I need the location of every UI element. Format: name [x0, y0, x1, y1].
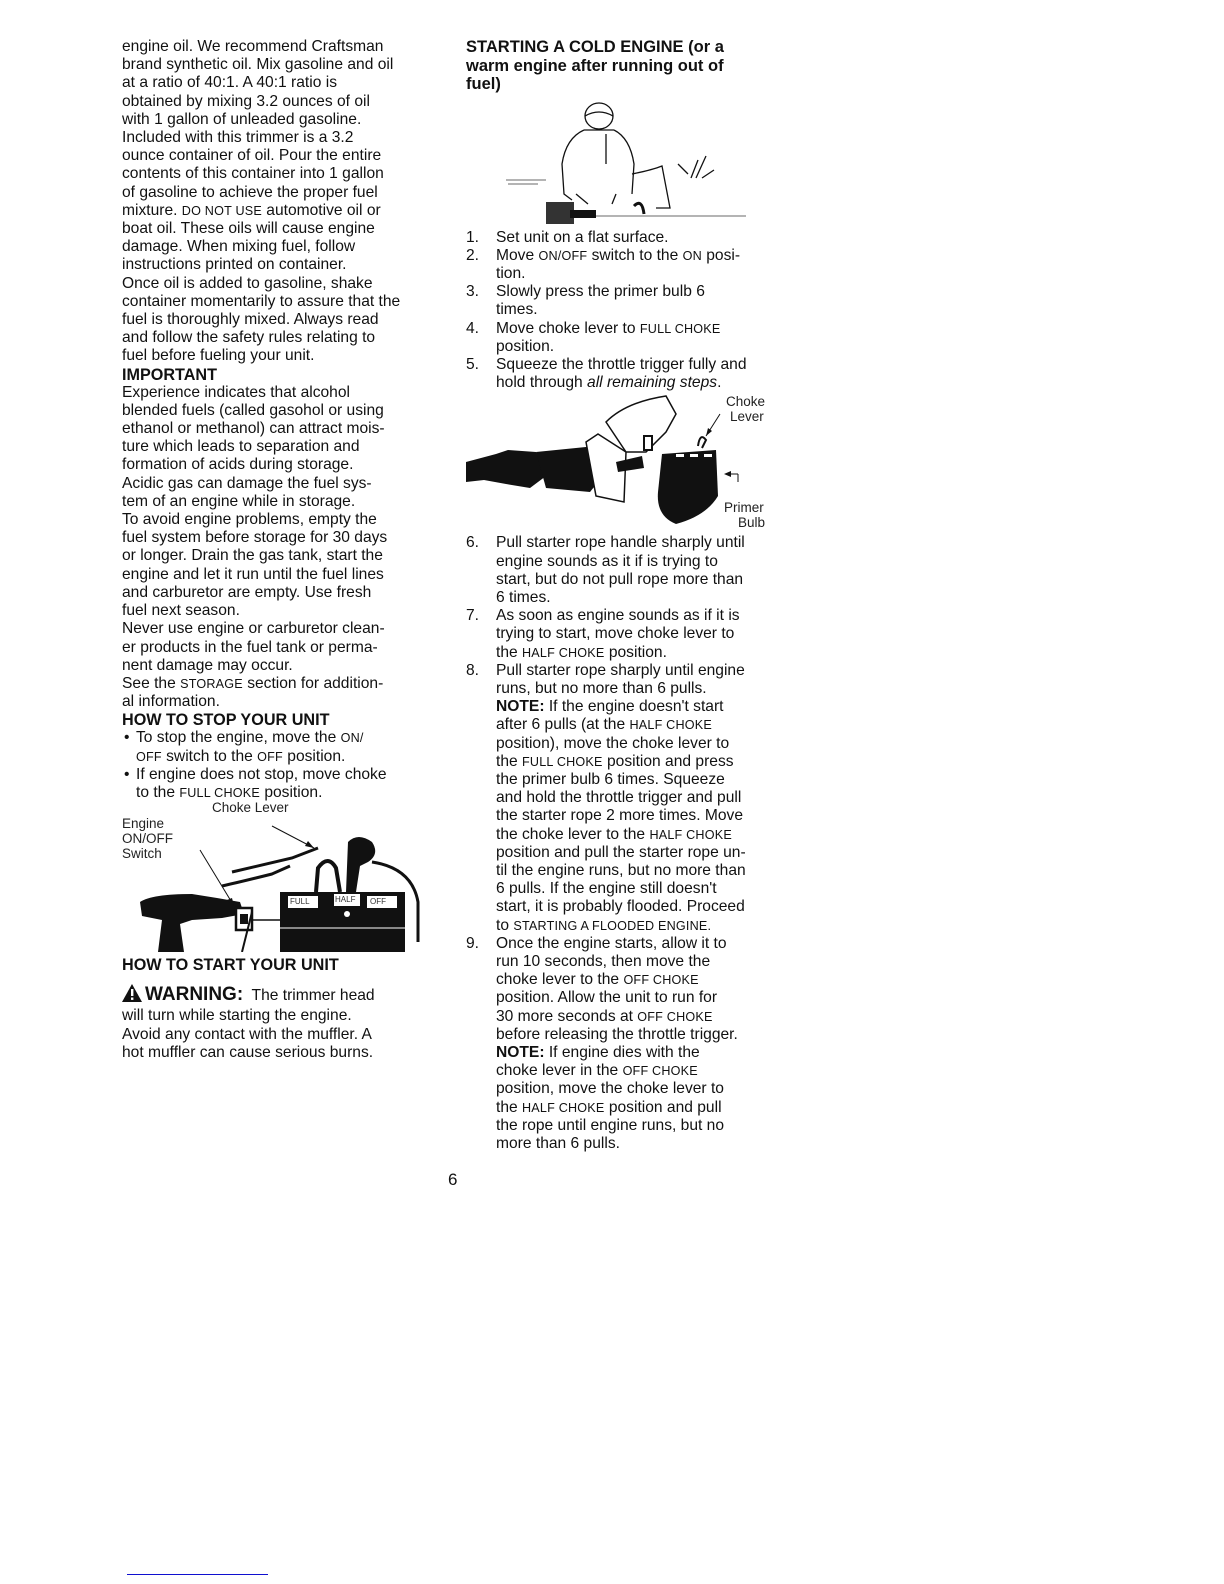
operator-starting-trimmer-illustration	[466, 94, 778, 229]
text-line: To avoid engine problems, empty the	[122, 511, 434, 529]
text-line: tem of an engine while in storage.	[122, 493, 434, 511]
step-number: 7.	[466, 607, 479, 625]
text-line: container momentarily to assure that the	[122, 293, 434, 311]
onoff-label: ON/OFF	[122, 831, 173, 846]
text-line: fuel is thoroughly mixed. Always read	[122, 311, 434, 329]
text-span: position and pull the starter rope un-	[496, 844, 746, 861]
right-column: STARTING A COLD ENGINE (or awarm engine …	[466, 38, 778, 1153]
text-line: damage. When mixing fuel, follow	[122, 238, 434, 256]
text-span: position. Allow the unit to run for	[496, 989, 717, 1006]
text-span: til the engine runs, but no more than	[496, 862, 746, 879]
text-line: mixture. DO NOT USE automotive oil or	[122, 202, 434, 220]
text-line: blended fuels (called gasohol or using	[122, 402, 434, 420]
full-position-label: FULL	[290, 894, 310, 909]
cold-engine-heading: STARTING A COLD ENGINE (or awarm engine …	[466, 38, 778, 94]
text-span: position, move the choke lever to	[496, 1080, 724, 1097]
text-span: automotive oil or	[262, 202, 381, 219]
text-span: hold through	[496, 374, 587, 391]
step-1: 1.Set unit on a flat surface.	[466, 229, 778, 247]
bulb-label: Bulb	[738, 515, 765, 530]
text-span: 6 times.	[496, 589, 551, 606]
caps-span: HALF CHOKE	[649, 828, 731, 842]
text-span: switch to the	[162, 748, 257, 765]
text-line: brand synthetic oil. Mix gasoline and oi…	[122, 56, 434, 74]
text-span: runs, but no more than 6 pulls.	[496, 680, 707, 697]
text-span: To stop the engine, move the	[136, 729, 341, 746]
text-span: If the engine doesn't start	[545, 698, 724, 715]
text-line: fuel system before storage for 30 days	[122, 529, 434, 547]
text-span: position and press	[603, 753, 734, 770]
choke-lever-label: Choke Lever	[212, 800, 289, 815]
text-line: boat oil. These oils will cause engine	[122, 220, 434, 238]
important-paragraph: Experience indicates that alcohol blende…	[122, 384, 434, 712]
text-span: the	[496, 753, 522, 770]
text-span: position and pull	[605, 1099, 722, 1116]
step-number: 9.	[466, 935, 479, 953]
text-span: The trimmer head	[243, 987, 374, 1004]
text-span: Pull starter rope sharply until engine	[496, 662, 745, 679]
text-line: at a ratio of 40:1. A 40:1 ratio is	[122, 74, 434, 92]
kneeling-operator-figure	[466, 94, 778, 229]
caps-span: OFF CHOKE	[623, 973, 698, 987]
text-span: Move choke lever to	[496, 320, 640, 337]
text-line: Acidic gas can damage the fuel sys-	[122, 475, 434, 493]
fuel-mixing-paragraph: engine oil. We recommend Craftsman brand…	[122, 38, 434, 366]
trimmer-controls-illustration	[122, 802, 434, 952]
text-span: the	[496, 644, 522, 661]
do-not-use-caps: DO NOT USE	[182, 204, 262, 218]
text-span: the starter rope 2 more times. Move	[496, 807, 743, 824]
text-span: choke lever to the	[496, 971, 623, 988]
text-span: position.	[283, 748, 345, 765]
caps-span: ON	[683, 249, 702, 263]
text-line: fuel next season.	[122, 602, 434, 620]
warning-label: WARNING:	[145, 984, 243, 1005]
text-span: the	[496, 1099, 522, 1116]
text-line: Included with this trimmer is a 3.2	[122, 129, 434, 147]
text-span: .	[717, 374, 721, 391]
text-span: Once the engine starts, allow it to	[496, 935, 727, 952]
text-line: Experience indicates that alcohol	[122, 384, 434, 402]
caps-span: HALF CHOKE	[522, 646, 604, 660]
text-span: times.	[496, 301, 538, 318]
step-2: 2.Move ON/OFF switch to the ON posi-tion…	[466, 247, 778, 283]
step-number: 1.	[466, 229, 479, 247]
text-span: section for addition-	[243, 675, 383, 692]
switch-label: Switch	[122, 846, 162, 861]
step-number: 3.	[466, 283, 479, 301]
cold-start-steps-continued: 6.Pull starter rope handle sharply until…	[466, 534, 778, 1153]
text-span: 30 more seconds at	[496, 1008, 637, 1025]
emphasis-text: all remaining steps	[587, 374, 717, 391]
warning-block: WARNING: The trimmer head will turn whil…	[122, 984, 434, 1062]
text-span: to the	[136, 784, 179, 801]
text-line: will turn while starting the engine.	[122, 1007, 434, 1025]
step-number: 6.	[466, 534, 479, 552]
text-line: er products in the fuel tank or perma-	[122, 639, 434, 657]
warning-triangle-icon	[122, 984, 142, 1007]
important-heading: IMPORTANT	[122, 366, 434, 384]
text-line: and carburetor are empty. Use fresh	[122, 584, 434, 602]
text-line: with 1 gallon of unleaded gasoline.	[122, 111, 434, 129]
text-span: tion.	[496, 265, 525, 282]
text-line: and follow the safety rules relating to	[122, 329, 434, 347]
text-line: engine oil. We recommend Craftsman	[122, 38, 434, 56]
choke-primer-figure: Choke Lever Primer Bulb	[466, 392, 778, 534]
caps-span: OFF	[136, 750, 162, 764]
text-span: choke lever in the	[496, 1062, 623, 1079]
text-line: Once oil is added to gasoline, shake	[122, 275, 434, 293]
caps-span: ON/OFF	[538, 249, 587, 263]
heading-text: warm engine after running out of	[466, 57, 724, 75]
text-span: the choke lever to the	[496, 826, 649, 843]
text-span: more than 6 pulls.	[496, 1135, 620, 1152]
text-line: ture which leads to separation and	[122, 438, 434, 456]
text-line: See the STORAGE section for addition-	[122, 675, 434, 693]
step-number: 8.	[466, 662, 479, 680]
step-text: Set unit on a flat surface.	[496, 229, 669, 246]
step-5: 5.Squeeze the throttle trigger fully and…	[466, 356, 778, 392]
page-number: 6	[448, 1170, 457, 1190]
caps-span: HALF CHOKE	[522, 1101, 604, 1115]
text-span: Pull starter rope handle sharply until	[496, 534, 745, 551]
start-unit-heading: HOW TO START YOUR UNIT	[122, 956, 434, 974]
step-number: 2.	[466, 247, 479, 265]
text-span: the primer bulb 6 times. Squeeze	[496, 771, 725, 788]
text-span: before releasing the throttle trigger.	[496, 1026, 738, 1043]
stop-unit-heading: HOW TO STOP YOUR UNIT	[122, 711, 434, 729]
text-line: obtained by mixing 3.2 ounces of oil	[122, 93, 434, 111]
caps-span: OFF CHOKE	[637, 1010, 712, 1024]
text-span: position.	[260, 784, 322, 801]
choke-label: Choke	[726, 394, 765, 409]
text-span: position.	[605, 644, 667, 661]
text-span: start, but do not pull rope more than	[496, 571, 743, 588]
step-8: 8.Pull starter rope sharply until engine…	[466, 662, 778, 935]
engine-label: Engine	[122, 816, 164, 831]
text-span: mixture.	[122, 202, 182, 219]
caps-span: OFF	[257, 750, 283, 764]
text-span: posi-	[702, 247, 740, 264]
text-span: and hold the throttle trigger and pull	[496, 789, 741, 806]
text-line: ethanol or methanol) can attract mois-	[122, 420, 434, 438]
text-span: run 10 seconds, then move the	[496, 953, 710, 970]
text-span: start, it is probably flooded. Proceed	[496, 898, 745, 915]
off-position-label: OFF	[370, 894, 386, 909]
text-span: See the	[122, 675, 180, 692]
text-span: trying to start, move choke lever to	[496, 625, 734, 642]
cold-start-steps: 1.Set unit on a flat surface. 2.Move ON/…	[466, 229, 778, 393]
text-span: Slowly press the primer bulb 6	[496, 283, 705, 300]
text-span: switch to the	[587, 247, 682, 264]
storage-section-ref: STORAGE	[180, 677, 243, 691]
link-underline[interactable]	[127, 1574, 268, 1575]
text-line: contents of this container into 1 gallon	[122, 165, 434, 183]
caps-span: ON/	[341, 731, 364, 745]
caps-span: OFF CHOKE	[623, 1064, 698, 1078]
note-label: NOTE:	[496, 1044, 545, 1061]
text-span: position.	[496, 338, 554, 355]
text-line: of gasoline to achieve the proper fuel	[122, 184, 434, 202]
text-line: formation of acids during storage.	[122, 456, 434, 474]
list-item: If engine does not stop, move choketo th…	[122, 766, 434, 802]
text-span: Squeeze the throttle trigger fully and	[496, 356, 747, 373]
step-6: 6.Pull starter rope handle sharply until…	[466, 534, 778, 607]
text-span: As soon as engine sounds as if it is	[496, 607, 740, 624]
text-span: Move	[496, 247, 538, 264]
text-line: instructions printed on container.	[122, 256, 434, 274]
lever-label: Lever	[730, 409, 764, 424]
text-line: WARNING: The trimmer head	[122, 984, 434, 1007]
text-span: If engine dies with the	[545, 1044, 700, 1061]
step-3: 3.Slowly press the primer bulb 6times.	[466, 283, 778, 319]
step-9: 9.Once the engine starts, allow it torun…	[466, 935, 778, 1153]
stop-unit-list: To stop the engine, move the ON/OFF swit…	[122, 729, 434, 802]
text-line: hot muffler can cause serious burns.	[122, 1044, 434, 1062]
text-span: If engine does not stop, move choke	[136, 766, 387, 783]
onoff-switch-choke-figure: Choke Lever Engine ON/OFF Switch FULL HA…	[122, 802, 434, 952]
note-label: NOTE:	[496, 698, 545, 715]
flooded-engine-section-ref: STARTING A FLOODED ENGINE.	[513, 919, 711, 933]
text-line: ounce container of oil. Pour the entire	[122, 147, 434, 165]
step-7: 7.As soon as engine sounds as if it istr…	[466, 607, 778, 662]
heading-text: (or a	[684, 38, 724, 56]
text-line: nent damage may occur.	[122, 657, 434, 675]
left-column: engine oil. We recommend Craftsman brand…	[122, 38, 434, 1062]
step-number: 5.	[466, 356, 479, 374]
text-line: Avoid any contact with the muffler. A	[122, 1026, 434, 1044]
caps-span: HALF CHOKE	[629, 718, 711, 732]
heading-text: fuel)	[466, 75, 501, 93]
text-line: al information.	[122, 693, 434, 711]
text-span: to	[496, 917, 513, 934]
half-position-label: HALF	[335, 892, 355, 907]
heading-text: STARTING A COLD ENGINE	[466, 38, 684, 56]
text-span: the rope until engine runs, but no	[496, 1117, 724, 1134]
caps-span: FULL CHOKE	[640, 322, 721, 336]
caps-span: FULL CHOKE	[522, 755, 603, 769]
text-line: engine and let it run until the fuel lin…	[122, 566, 434, 584]
text-span: after 6 pulls (at the	[496, 716, 629, 733]
step-number: 4.	[466, 320, 479, 338]
text-span: position), move the choke lever to	[496, 735, 729, 752]
primer-label: Primer	[724, 500, 764, 515]
list-item: To stop the engine, move the ON/OFF swit…	[122, 729, 434, 765]
step-4: 4.Move choke lever to FULL CHOKEposition…	[466, 320, 778, 356]
text-line: fuel before fueling your unit.	[122, 347, 434, 365]
text-span: 6 pulls. If the engine still doesn't	[496, 880, 717, 897]
text-line: or longer. Drain the gas tank, start the	[122, 547, 434, 565]
text-span: engine sounds as it if is trying to	[496, 553, 718, 570]
text-line: Never use engine or carburetor clean-	[122, 620, 434, 638]
caps-span: FULL CHOKE	[179, 786, 260, 800]
